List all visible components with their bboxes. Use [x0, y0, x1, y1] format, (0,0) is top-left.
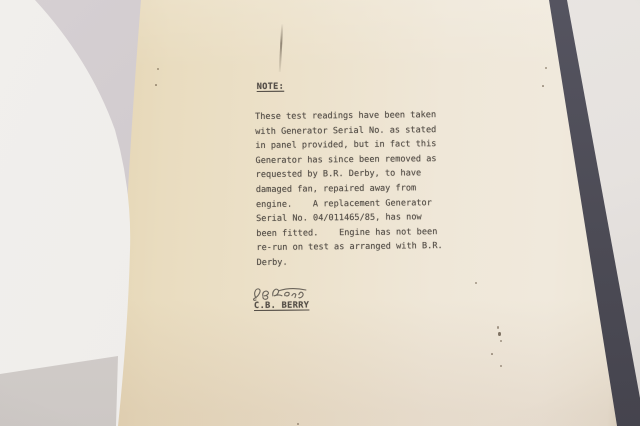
paper-speck: [497, 326, 499, 329]
paper-speck: [498, 332, 501, 336]
paper-speck: [155, 84, 157, 86]
paper-speck: [297, 423, 299, 425]
paper-speck: [491, 353, 493, 355]
paper-speck: [542, 85, 544, 87]
body-line: engine. A replacement Generator: [256, 196, 451, 213]
paper-speck: [157, 68, 159, 70]
paper-speck: [545, 67, 547, 69]
paper-speck: [475, 282, 477, 284]
note-heading: NOTE:: [257, 80, 285, 95]
paper-speck: [500, 340, 502, 342]
body-line: Generator has since been removed as: [255, 152, 450, 169]
photo-of-document: NOTE: These test readings have been take…: [0, 0, 640, 426]
body-line: Derby.: [256, 254, 451, 271]
body-line: These test readings have been taken: [255, 108, 450, 125]
paper-speck: [500, 365, 502, 367]
signed-name: C.B. BERRY: [254, 299, 309, 312]
typed-content: NOTE: These test readings have been take…: [252, 77, 455, 339]
body-line: re-run on test as arranged with B.R.: [256, 239, 451, 256]
note-body: These test readings have been taken with…: [255, 108, 452, 271]
